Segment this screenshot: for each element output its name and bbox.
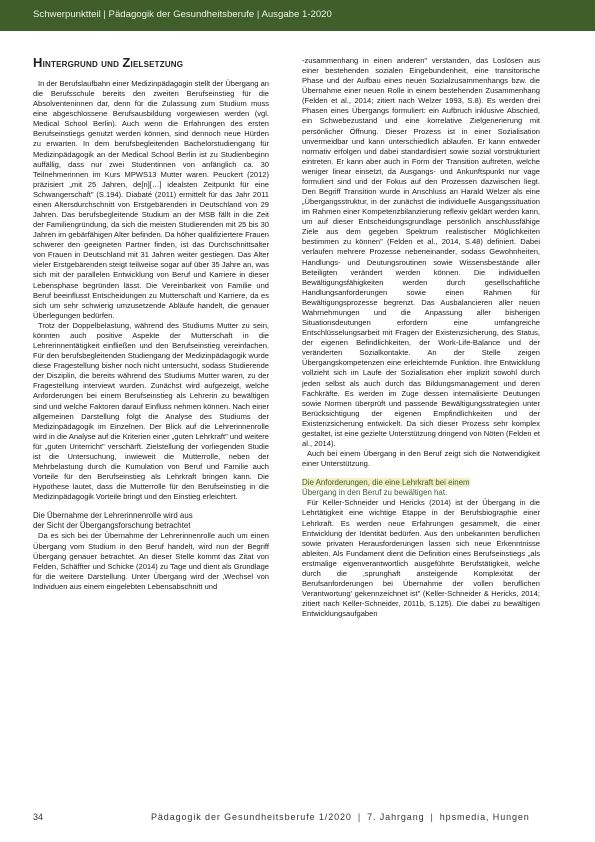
body-paragraph: Auch bei einem Übergang in den Beruf zei… bbox=[302, 449, 540, 469]
subheading-anforderungen: Die Anforderungen, die eine Lehrkraft be… bbox=[302, 478, 540, 498]
running-header-text: Schwerpunktteil | Pädagogik der Gesundhe… bbox=[33, 9, 332, 20]
footer-separator: | bbox=[431, 812, 434, 822]
body-paragraph: Da es sich bei der Übernahme der Lehreri… bbox=[33, 531, 269, 591]
left-column: Hintergrund und Zielsetzung In der Beruf… bbox=[33, 56, 269, 592]
body-paragraph: -zusammenhang in einen anderen" verstand… bbox=[302, 56, 540, 449]
body-paragraph: Für Keller-Schneider und Hericks (2014) … bbox=[302, 498, 540, 619]
section-title: Hintergrund und Zielsetzung bbox=[33, 56, 269, 71]
footer-separator: | bbox=[358, 812, 361, 822]
footer-journal-info: Pädagogik der Gesundheitsberufe 1/2020|7… bbox=[151, 812, 530, 822]
running-header-bar: Schwerpunktteil | Pädagogik der Gesundhe… bbox=[0, 0, 595, 31]
subheading-lehrerinnenrolle: Die Übernahme der Lehrerinnenrolle wird … bbox=[33, 511, 269, 531]
page-number: 34 bbox=[33, 812, 43, 822]
right-column: -zusammenhang in einen anderen" verstand… bbox=[302, 56, 540, 619]
highlighted-text: Die Anforderungen, die eine Lehrkraft be… bbox=[302, 478, 470, 487]
body-paragraph: In der Berufslaufbahn einer Medizinpädag… bbox=[33, 79, 269, 321]
body-paragraph: Trotz der Doppelbelastung, während des S… bbox=[33, 321, 269, 502]
